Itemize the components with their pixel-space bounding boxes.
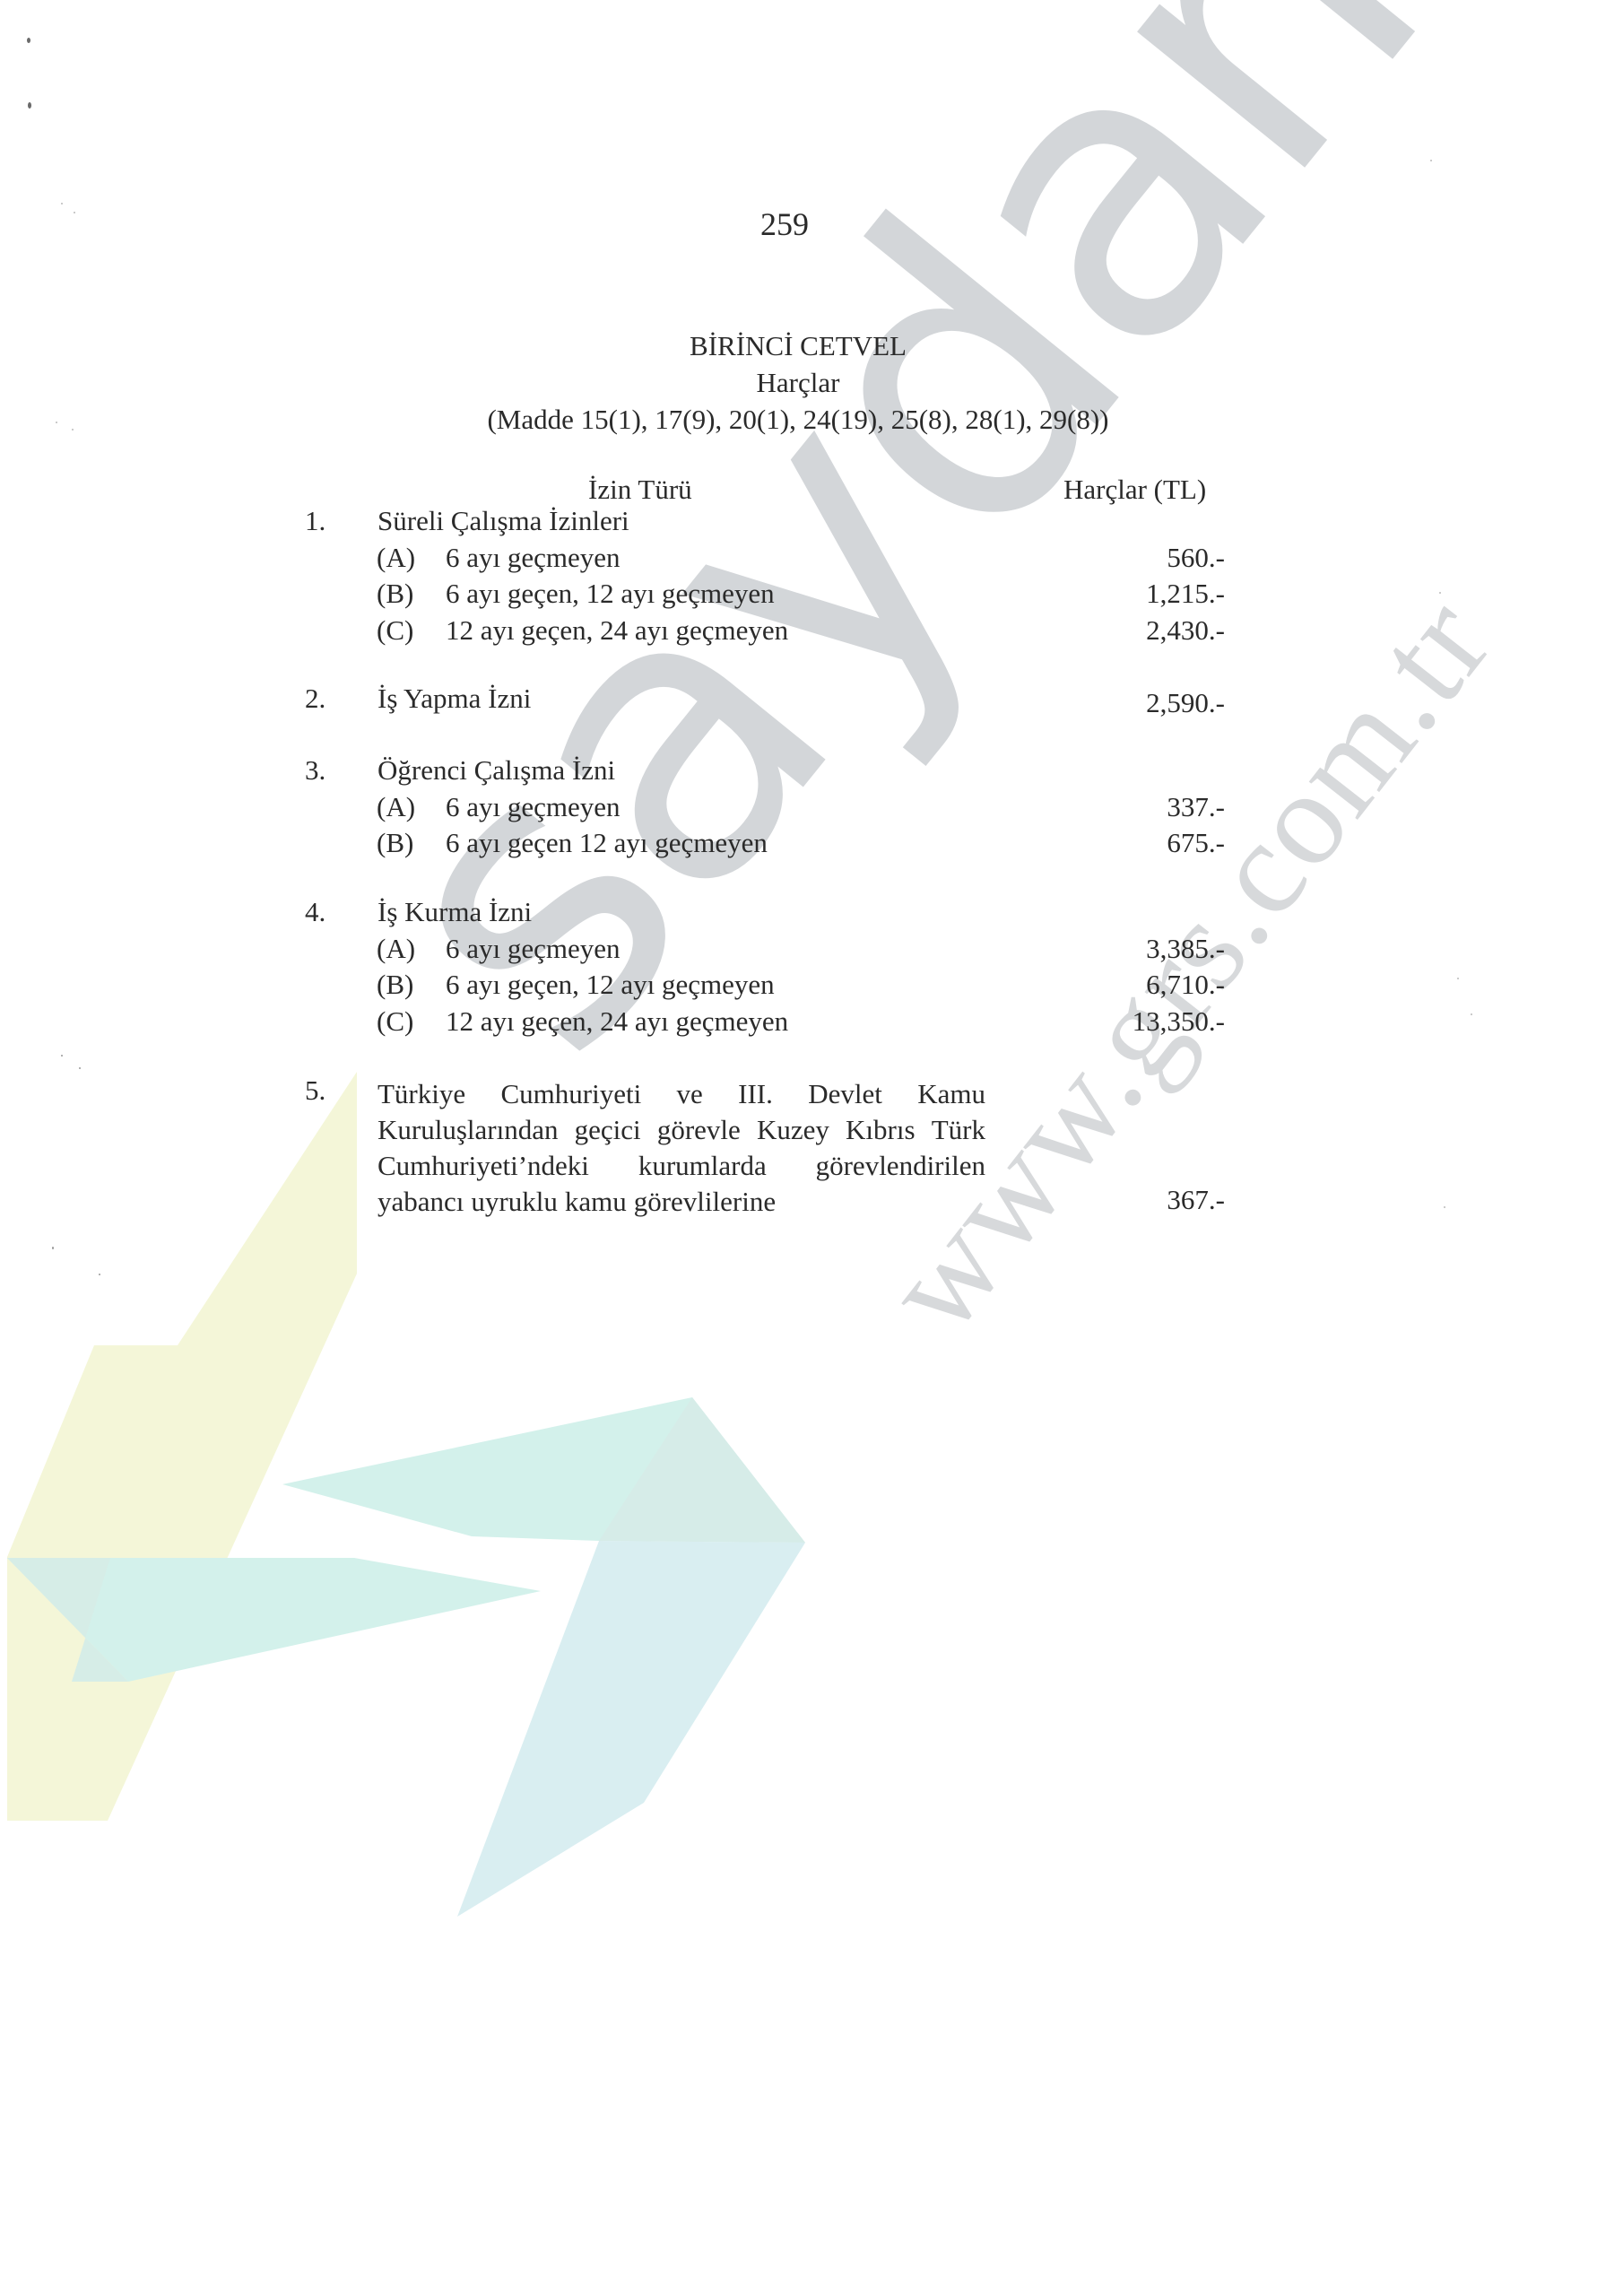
subitem-label: 6 ayı geçen, 12 ayı geçmeyen [446,970,775,998]
item-label: Öğrenci Çalışma İzni [378,756,615,784]
item-row: 3. Öğrenci Çalışma İzni [0,756,1623,793]
subitem-letter: (A) [377,544,415,571]
subitem-amount: 337.- [1167,793,1225,821]
description-word: geçici [575,1112,641,1148]
item-label: İş Yapma İzni [378,684,531,712]
subitem-letter: (C) [377,1007,413,1035]
item-number: 2. [305,684,325,712]
description-line: yabancıuyruklukamugörevlilerine [378,1184,985,1220]
subitem-letter: (B) [377,579,413,607]
subitem-amount: 560.- [1167,544,1225,571]
fee-item: 1. Süreli Çalışma İzinleri (A) 6 ayı geç… [0,507,1623,652]
subitem-letter: (A) [377,793,415,821]
subitem-label: 12 ayı geçen, 24 ayı geçmeyen [446,1007,788,1035]
description-word: Kıbrıs [846,1112,916,1148]
description-word: III. [738,1076,773,1112]
subitem-amount: 1,215.- [1146,579,1225,607]
item-number: 5. [305,1076,325,1104]
schedule-subheading: Harçlar [430,369,1166,405]
description-line: KuruluşlarındangeçicigörevleKuzeyKıbrısT… [378,1112,985,1148]
page-number: 259 [0,208,1569,240]
description-word: Türk [932,1112,985,1148]
fee-item: 3. Öğrenci Çalışma İzni (A) 6 ayı geçmey… [0,756,1623,865]
subitem-letter: (C) [377,616,413,644]
subitem-label: 6 ayı geçen, 12 ayı geçmeyen [446,579,775,607]
description-word: Kamu [917,1076,985,1112]
item-description: TürkiyeCumhuriyetiveIII.DevletKamu Kurul… [378,1076,985,1220]
description-line: TürkiyeCumhuriyetiveIII.DevletKamu [378,1076,985,1112]
subitem-row: (B) 6 ayı geçen 12 ayı geçmeyen 675.- [0,829,1623,865]
item-amount: 367.- [1167,1186,1225,1213]
subitem-amount: 675.- [1167,829,1225,857]
subitem-letter: (B) [377,970,413,998]
description-word: Cumhuriyeti’ndeki [378,1148,589,1184]
column-header-permit-type: İzin Türü [588,475,692,503]
subitem-row: (B) 6 ayı geçen, 12 ayı geçmeyen 1,215.- [0,579,1623,616]
description-word: yabancı [378,1184,464,1220]
subitem-label: 6 ayı geçmeyen [446,544,621,571]
description-word: kurumlarda [638,1148,767,1184]
description-word: uyruklu [471,1184,557,1220]
fee-item: 2. İş Yapma İzni 2,590.- [0,684,1623,721]
item-label: Süreli Çalışma İzinleri [378,507,629,535]
description-word: görevlendirilen [816,1148,985,1184]
description-word: ve [677,1076,703,1112]
subitem-row: (B) 6 ayı geçen, 12 ayı geçmeyen 6,710.- [0,970,1623,1007]
subitem-row: (A) 6 ayı geçmeyen 337.- [0,793,1623,830]
item-number: 4. [305,898,325,926]
description-word: kamu [565,1184,627,1220]
subitem-row: (A) 6 ayı geçmeyen 560.- [0,544,1623,580]
table-header: İzin Türü Harçlar (TL) [0,475,1623,511]
subitem-row: (C) 12 ayı geçen, 24 ayı geçmeyen 2,430.… [0,616,1623,653]
title-block: BİRİNCİ CETVEL Harçlar (Madde 15(1), 17(… [430,332,1166,442]
subitem-label: 6 ayı geçen 12 ayı geçmeyen [446,829,768,857]
description-word: Türkiye [378,1076,465,1112]
subitem-row: (C) 12 ayı geçen, 24 ayı geçmeyen 13,350… [0,1007,1623,1044]
subitem-amount: 13,350.- [1133,1007,1225,1035]
item-row: 1. Süreli Çalışma İzinleri [0,507,1623,544]
description-word: Kuruluşlarından [378,1112,558,1148]
column-header-fees: Harçlar (TL) [1063,475,1206,503]
description-word: Cumhuriyeti [500,1076,641,1112]
subitem-letter: (A) [377,935,415,962]
item-number: 3. [305,756,325,784]
subitem-amount: 2,430.- [1146,616,1225,644]
subitem-label: 6 ayı geçmeyen [446,935,621,962]
article-reference: (Madde 15(1), 17(9), 20(1), 24(19), 25(8… [430,405,1166,442]
item-row: 4. İş Kurma İzni [0,898,1623,935]
description-word: Kuzey [757,1112,829,1148]
fee-item: 4. İş Kurma İzni (A) 6 ayı geçmeyen 3,38… [0,898,1623,1043]
item-label: İş Kurma İzni [378,898,532,926]
item-number: 1. [305,507,325,535]
description-line: Cumhuriyeti’ndekikurumlardagörevlendiril… [378,1148,985,1184]
subitem-row: (A) 6 ayı geçmeyen 3,385.- [0,935,1623,971]
subitem-amount: 3,385.- [1146,935,1225,962]
schedule-heading: BİRİNCİ CETVEL [430,332,1166,369]
description-word: görevle [657,1112,741,1148]
document-page: 259 BİRİNCİ CETVEL Harçlar (Madde 15(1),… [0,0,1623,2296]
subitem-amount: 6,710.- [1146,970,1225,998]
description-word: Devlet [808,1076,882,1112]
subitem-label: 12 ayı geçen, 24 ayı geçmeyen [446,616,788,644]
item-row: 2. İş Yapma İzni 2,590.- [0,684,1623,721]
subitem-letter: (B) [377,829,413,857]
description-word: görevlilerine [634,1184,776,1220]
subitem-label: 6 ayı geçmeyen [446,793,621,821]
item-amount: 2,590.- [1146,689,1225,717]
